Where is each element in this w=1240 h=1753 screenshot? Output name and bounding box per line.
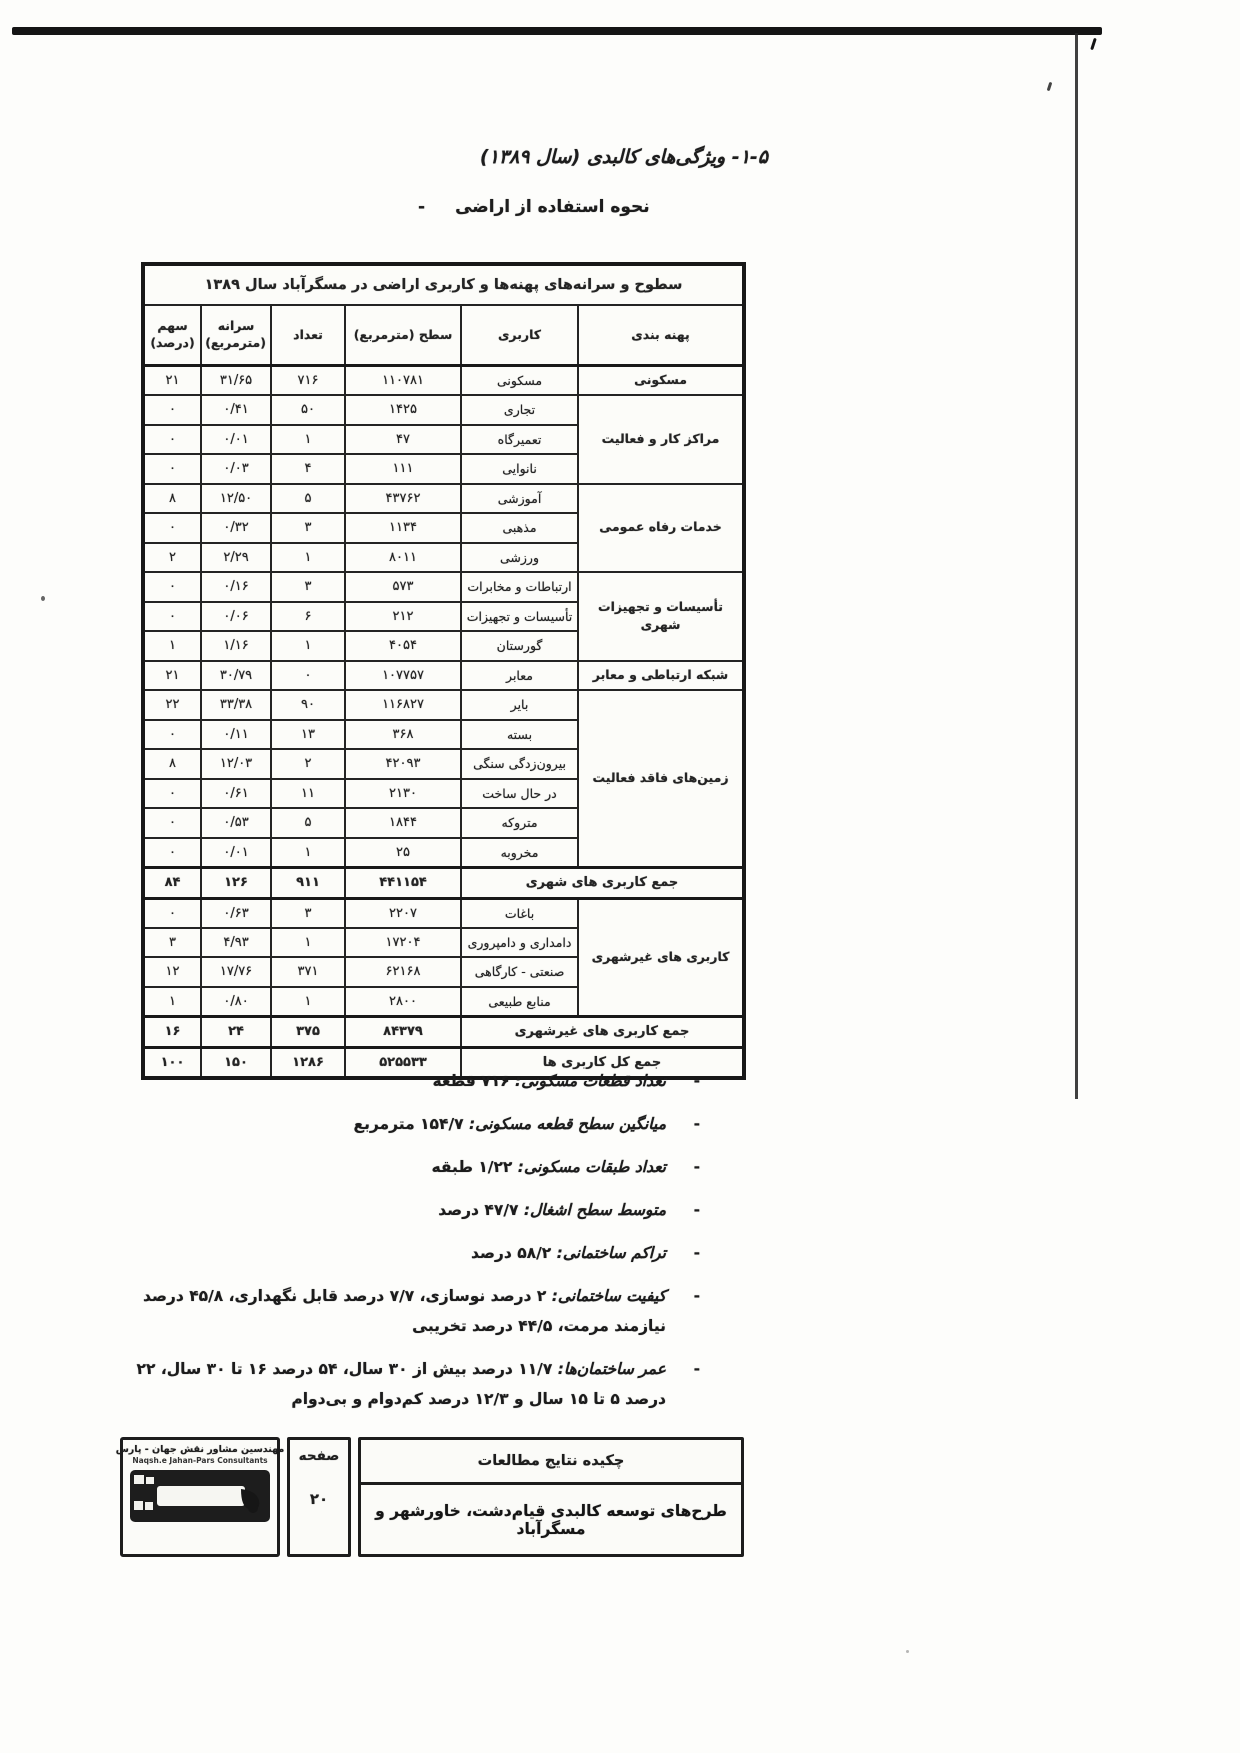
bullet-item: -کیفیت ساختمانی: ۲ درصد نوسازی، ۷/۷ درصد… — [103, 1281, 702, 1341]
share-cell: ۰ — [143, 779, 201, 809]
count-cell: ۳۷۵ — [271, 1016, 345, 1047]
percapita-cell: ۳۰/۷۹ — [201, 661, 271, 691]
table-row: تأسیسات و تجهیزات شهریارتباطات و مخابرات… — [143, 572, 744, 602]
area-cell: ۱۱۶۸۲۷ — [345, 690, 461, 720]
share-cell: ۲ — [143, 543, 201, 573]
area-cell: ۱۱۳۴ — [345, 513, 461, 543]
subtitle-row: - نحوه استفاده از اراضی — [418, 197, 680, 217]
page-label: صفحه — [299, 1448, 340, 1464]
bullet-label: میانگین سطح قطعه مسکونی: — [464, 1115, 666, 1133]
table-row: شبکه ارتباطی و معابرمعابر۱۰۷۷۵۷۰۳۰/۷۹۲۱ — [143, 661, 744, 691]
bullet-item: -تراکم ساختمانی: ۵۸/۲ درصد — [103, 1238, 702, 1268]
bullet-dash: - — [694, 1238, 700, 1268]
share-cell: ۱۶ — [143, 1016, 201, 1047]
consultant-name-en: Naqsh.e Jahan-Pars Consultants — [132, 1456, 267, 1465]
bullet-dash: - — [694, 1354, 700, 1384]
percapita-cell: ۱/۱۶ — [201, 631, 271, 661]
area-cell: ۴۴۱۱۵۴ — [345, 867, 461, 898]
bullet-dash: - — [694, 1066, 700, 1096]
count-cell: ۵۰ — [271, 395, 345, 425]
landuse-cell: ورزشی — [461, 543, 578, 573]
table-row: کاربری های غیرشهریباغات۲۲۰۷۳۰/۶۳۰ — [143, 898, 744, 928]
share-cell: ۰ — [143, 572, 201, 602]
scan-artifact-right-line — [1075, 33, 1078, 1099]
percapita-cell: ۱۲۶ — [201, 867, 271, 898]
share-cell: ۸ — [143, 484, 201, 514]
bullet-item: -متوسط سطح اشغال: ۴۷/۷ درصد — [103, 1195, 702, 1225]
count-cell: ۱ — [271, 631, 345, 661]
area-cell: ۲۱۲ — [345, 602, 461, 632]
table-row: زمین‌های فاقد فعالیتبایر۱۱۶۸۲۷۹۰۳۳/۳۸۲۲ — [143, 690, 744, 720]
percapita-cell: ۲/۲۹ — [201, 543, 271, 573]
count-cell: ۹۰ — [271, 690, 345, 720]
landuse-cell: بیرون‌زدگی سنگی — [461, 749, 578, 779]
area-cell: ۲۸۰۰ — [345, 987, 461, 1017]
bullet-label: تعداد طبقات مسکونی: — [512, 1158, 666, 1176]
share-cell: ۸ — [143, 749, 201, 779]
scan-artifact-dot — [906, 1650, 909, 1653]
count-cell: ۰ — [271, 661, 345, 691]
share-cell: ۰ — [143, 720, 201, 750]
table-header-row: پهنه بندیکاربریسطح (مترمربع)تعدادسرانه (… — [143, 305, 744, 366]
count-cell: ۹۱۱ — [271, 867, 345, 898]
landuse-cell: دامداری و دامپروری — [461, 928, 578, 958]
area-cell: ۵۷۳ — [345, 572, 461, 602]
share-cell: ۲۱ — [143, 366, 201, 396]
bullets-list: -تعداد قطعات مسکونی: ۷۱۶ قطعه-میانگین سط… — [103, 1066, 702, 1427]
column-header: سهم (درصد) — [143, 305, 201, 366]
summary-box: چکیده نتایج مطالعات طرح‌های توسعه کالبدی… — [358, 1437, 744, 1557]
area-cell: ۴۷ — [345, 425, 461, 455]
zone-cell: خدمات رفاه عمومی — [578, 484, 744, 573]
total-label-cell: جمع کاربری های غیرشهری — [461, 1016, 744, 1047]
percapita-cell: ۰/۶۳ — [201, 898, 271, 928]
consultant-logo-icon — [129, 1469, 271, 1523]
bullet-label: تعداد قطعات مسکونی: — [510, 1072, 666, 1090]
landuse-cell: متروکه — [461, 808, 578, 838]
landuse-cell: نانوایی — [461, 454, 578, 484]
total-label-cell: جمع کاربری های شهری — [461, 867, 744, 898]
share-cell: ۰ — [143, 425, 201, 455]
percapita-cell: ۰/۰۳ — [201, 454, 271, 484]
landuse-cell: در حال ساخت — [461, 779, 578, 809]
share-cell: ۱ — [143, 987, 201, 1017]
share-cell: ۰ — [143, 602, 201, 632]
landuse-cell: بایر — [461, 690, 578, 720]
bullet-item: -تعداد قطعات مسکونی: ۷۱۶ قطعه — [103, 1066, 702, 1096]
area-cell: ۳۶۸ — [345, 720, 461, 750]
column-header: سطح (مترمربع) — [345, 305, 461, 366]
percapita-cell: ۲۴ — [201, 1016, 271, 1047]
percapita-cell: ۰/۰۱ — [201, 838, 271, 868]
landuse-cell: تأسیسات و تجهیزات — [461, 602, 578, 632]
landuse-table-body: سطوح و سرانه‌های پهنه‌ها و کاربری اراضی … — [143, 264, 744, 1078]
share-cell: ۰ — [143, 808, 201, 838]
bullet-label: عمر ساختمان‌ها: — [552, 1360, 666, 1378]
area-cell: ۴۳۷۶۲ — [345, 484, 461, 514]
share-cell: ۲۲ — [143, 690, 201, 720]
area-cell: ۴۰۵۴ — [345, 631, 461, 661]
table-total-row: جمع کاربری های شهری۴۴۱۱۵۴۹۱۱۱۲۶۸۴ — [143, 867, 744, 898]
bullet-item: -تعداد طبقات مسکونی: ۱/۲۲ طبقه — [103, 1152, 702, 1182]
percapita-cell: ۱۲/۰۳ — [201, 749, 271, 779]
count-cell: ۳۷۱ — [271, 957, 345, 987]
page-number: ۲۰ — [310, 1490, 328, 1508]
area-cell: ۱۸۴۴ — [345, 808, 461, 838]
area-cell: ۲۱۳۰ — [345, 779, 461, 809]
count-cell: ۱ — [271, 838, 345, 868]
zone-cell: کاربری های غیرشهری — [578, 898, 744, 1016]
zone-cell: تأسیسات و تجهیزات شهری — [578, 572, 744, 661]
table-title: سطوح و سرانه‌های پهنه‌ها و کاربری اراضی … — [143, 264, 744, 305]
landuse-cell: باغات — [461, 898, 578, 928]
bullet-dash: - — [694, 1195, 700, 1225]
landuse-cell: مذهبی — [461, 513, 578, 543]
percapita-cell: ۳۱/۶۵ — [201, 366, 271, 396]
area-cell: ۱۱۱ — [345, 454, 461, 484]
area-cell: ۴۲۰۹۳ — [345, 749, 461, 779]
bullet-item: -میانگین سطح قطعه مسکونی: ۱۵۴/۷ مترمربع — [103, 1109, 702, 1139]
landuse-cell: بسته — [461, 720, 578, 750]
percapita-cell: ۰/۳۲ — [201, 513, 271, 543]
bullet-value: ۷۱۶ قطعه — [432, 1072, 509, 1090]
landuse-cell: ارتباطات و مخابرات — [461, 572, 578, 602]
share-cell: ۰ — [143, 898, 201, 928]
landuse-cell: تجاری — [461, 395, 578, 425]
count-cell: ۱ — [271, 987, 345, 1017]
landuse-cell: منابع طبیعی — [461, 987, 578, 1017]
count-cell: ۶ — [271, 602, 345, 632]
zone-cell: شبکه ارتباطی و معابر — [578, 661, 744, 691]
project-title: طرح‌های توسعه کالبدی قیام‌دشت، خاورشهر و… — [361, 1485, 741, 1554]
count-cell: ۳ — [271, 898, 345, 928]
percapita-cell: ۳۳/۳۸ — [201, 690, 271, 720]
column-header: پهنه بندی — [578, 305, 744, 366]
count-cell: ۱ — [271, 543, 345, 573]
bullet-dash: - — [694, 1152, 700, 1182]
count-cell: ۳ — [271, 513, 345, 543]
area-cell: ۱۱۰۷۸۱ — [345, 366, 461, 396]
share-cell: ۲۱ — [143, 661, 201, 691]
area-cell: ۲۲۰۷ — [345, 898, 461, 928]
count-cell: ۵ — [271, 484, 345, 514]
share-cell: ۱۲ — [143, 957, 201, 987]
percapita-cell: ۱۷/۷۶ — [201, 957, 271, 987]
bullet-value: ۵۸/۲ درصد — [471, 1244, 551, 1262]
page-box: صفحه ۲۰ — [287, 1437, 351, 1557]
percapita-cell: ۰/۴۱ — [201, 395, 271, 425]
count-cell: ۱۳ — [271, 720, 345, 750]
share-cell: ۰ — [143, 838, 201, 868]
scan-artifact-tick — [1047, 82, 1053, 91]
share-cell: ۰ — [143, 454, 201, 484]
percapita-cell: ۰/۰۶ — [201, 602, 271, 632]
share-cell: ۳ — [143, 928, 201, 958]
table-total-row: جمع کاربری های غیرشهری۸۴۳۷۹۳۷۵۲۴۱۶ — [143, 1016, 744, 1047]
scan-artifact-tick — [1090, 38, 1097, 50]
percapita-cell: ۰/۱۱ — [201, 720, 271, 750]
subtitle: نحوه استفاده از اراضی — [455, 197, 650, 217]
bullet-label: متوسط سطح اشغال: — [518, 1201, 666, 1219]
table-row: خدمات رفاه عمومیآموزشی۴۳۷۶۲۵۱۲/۵۰۸ — [143, 484, 744, 514]
landuse-cell: مسکونی — [461, 366, 578, 396]
percapita-cell: ۰/۸۰ — [201, 987, 271, 1017]
count-cell: ۲ — [271, 749, 345, 779]
area-cell: ۲۵ — [345, 838, 461, 868]
share-cell: ۱ — [143, 631, 201, 661]
share-cell: ۰ — [143, 513, 201, 543]
percapita-cell: ۰/۰۱ — [201, 425, 271, 455]
consultant-name-fa: مهندسین مشاور نقش جهان - پارس — [116, 1444, 285, 1455]
scan-artifact-dot — [41, 596, 45, 601]
share-cell: ۸۴ — [143, 867, 201, 898]
zone-cell: زمین‌های فاقد فعالیت — [578, 690, 744, 867]
percapita-cell: ۰/۵۳ — [201, 808, 271, 838]
bullet-label: تراکم ساختمانی: — [551, 1244, 666, 1262]
count-cell: ۵ — [271, 808, 345, 838]
share-cell: ۰ — [143, 395, 201, 425]
percapita-cell: ۰/۱۶ — [201, 572, 271, 602]
column-header: کاربری — [461, 305, 578, 366]
landuse-cell: معابر — [461, 661, 578, 691]
landuse-cell: تعمیرگاه — [461, 425, 578, 455]
landuse-cell: صنعتی - کارگاهی — [461, 957, 578, 987]
bullet-dash: - — [694, 1109, 700, 1139]
percapita-cell: ۴/۹۳ — [201, 928, 271, 958]
count-cell: ۳ — [271, 572, 345, 602]
bullet-value: ۱/۲۲ طبقه — [431, 1158, 512, 1176]
count-cell: ۷۱۶ — [271, 366, 345, 396]
area-cell: ۶۲۱۶۸ — [345, 957, 461, 987]
percapita-cell: ۱۲/۵۰ — [201, 484, 271, 514]
bullet-item: -عمر ساختمان‌ها: ۱۱/۷ درصد بیش از ۳۰ سال… — [103, 1354, 702, 1414]
footer-block: مهندسین مشاور نقش جهان - پارس Naqsh.e Ja… — [120, 1437, 744, 1557]
table-row: مسکونیمسکونی۱۱۰۷۸۱۷۱۶۳۱/۶۵۲۱ — [143, 366, 744, 396]
section-title: ۱-۵- ویژگی‌های کالبدی (سال ۱۳۸۹) — [480, 146, 768, 168]
bullet-value: ۴۷/۷ درصد — [438, 1201, 518, 1219]
bullet-label: کیفیت ساختمانی: — [546, 1287, 666, 1305]
bullet-value: ۱۵۴/۷ مترمربع — [353, 1115, 463, 1133]
bullet-dash: - — [694, 1281, 700, 1311]
consultant-box: مهندسین مشاور نقش جهان - پارس Naqsh.e Ja… — [120, 1437, 280, 1557]
area-cell: ۸۴۳۷۹ — [345, 1016, 461, 1047]
landuse-table: سطوح و سرانه‌های پهنه‌ها و کاربری اراضی … — [141, 262, 742, 1080]
landuse-cell: مخروبه — [461, 838, 578, 868]
table-title-row: سطوح و سرانه‌های پهنه‌ها و کاربری اراضی … — [143, 264, 744, 305]
scan-artifact-top-bar — [12, 27, 1102, 35]
landuse-cell: آموزشی — [461, 484, 578, 514]
area-cell: ۱۷۲۰۴ — [345, 928, 461, 958]
percapita-cell: ۰/۶۱ — [201, 779, 271, 809]
column-header: تعداد — [271, 305, 345, 366]
landuse-cell: گورستان — [461, 631, 578, 661]
table-row: مراکز کار و فعالیتتجاری۱۴۲۵۵۰۰/۴۱۰ — [143, 395, 744, 425]
subtitle-dash: - — [418, 197, 425, 217]
zone-cell: مسکونی — [578, 366, 744, 396]
zone-cell: مراکز کار و فعالیت — [578, 395, 744, 484]
count-cell: ۱ — [271, 425, 345, 455]
area-cell: ۱۰۷۷۵۷ — [345, 661, 461, 691]
column-header: سرانه (مترمربع) — [201, 305, 271, 366]
count-cell: ۱ — [271, 928, 345, 958]
area-cell: ۱۴۲۵ — [345, 395, 461, 425]
area-cell: ۸۰۱۱ — [345, 543, 461, 573]
count-cell: ۱۱ — [271, 779, 345, 809]
count-cell: ۴ — [271, 454, 345, 484]
summary-header: چکیده نتایج مطالعات — [361, 1440, 741, 1485]
